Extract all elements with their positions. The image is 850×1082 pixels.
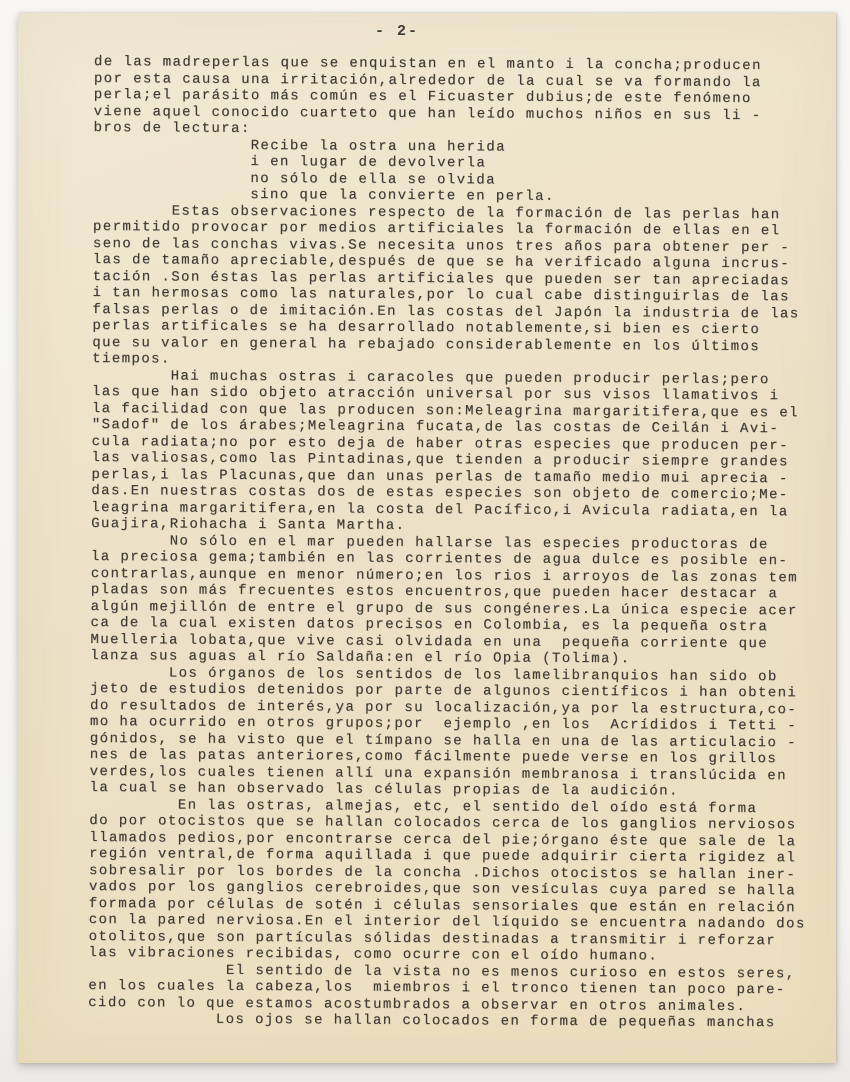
scan-backdrop: - 2- de las madreperlas que se enquistan… (0, 0, 850, 1082)
text-line: Los ojos se hallan colocados en forma de… (88, 1011, 830, 1032)
page-number: - 2- (18, 23, 776, 40)
document-page: - 2- de las madreperlas que se enquistan… (18, 13, 836, 1063)
document-text: de las madreperlas que se enquistan en e… (88, 54, 836, 1032)
